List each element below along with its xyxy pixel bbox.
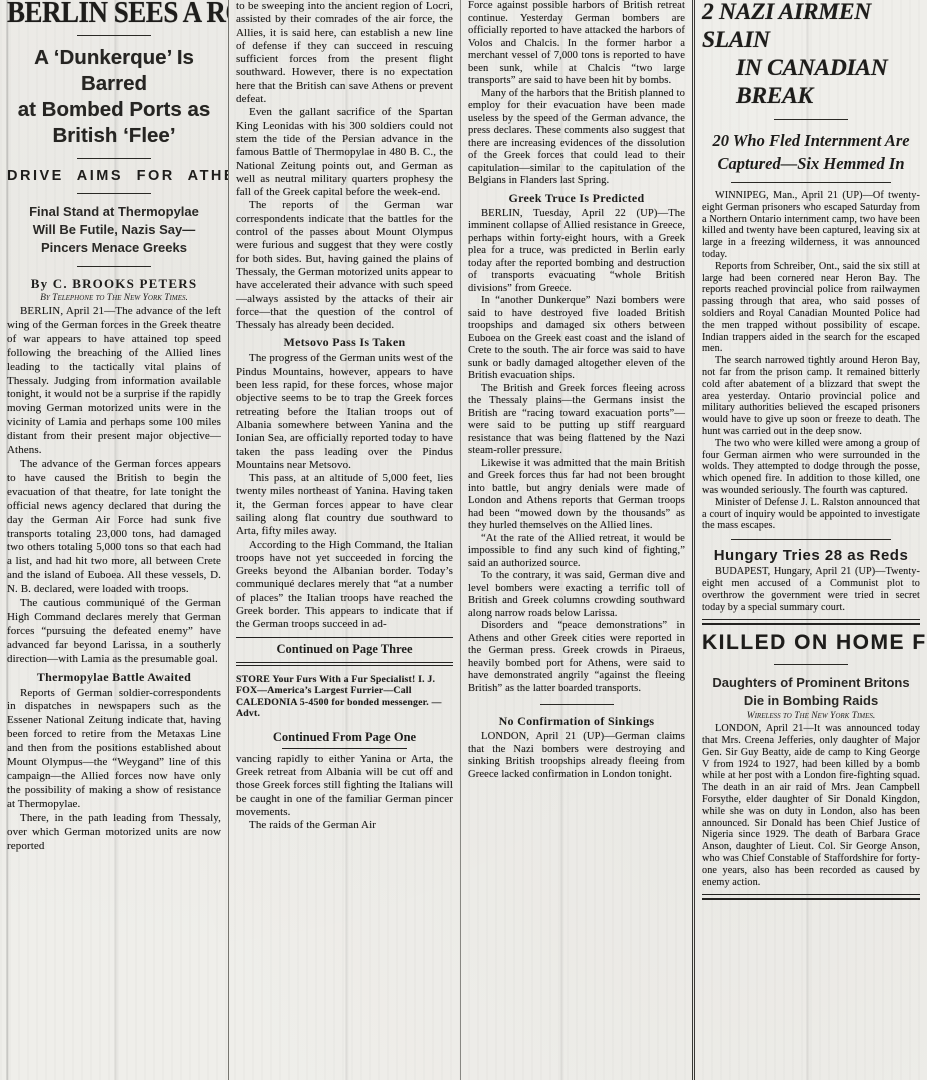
divider-rule bbox=[77, 35, 151, 36]
body-paragraph: The raids of the German Air bbox=[236, 819, 453, 832]
body-paragraph: There, in the path leading from Thessaly… bbox=[7, 812, 221, 854]
text-line: at Bombed Ports as bbox=[7, 97, 221, 123]
classified-ad: STORE Your Furs With a Fur Specialist! I… bbox=[236, 674, 453, 720]
story-headline: 2 NAZI AIRMEN SLAININ CANADIAN BREAK bbox=[702, 0, 920, 110]
body-paragraph: Reports from Schreiber, Ont., said the s… bbox=[702, 261, 920, 355]
body-paragraph: This pass, at an altitude of 5,000 feet,… bbox=[236, 472, 453, 538]
body-paragraph: BUDAPEST, Hungary, April 21 (UP)—Twenty-… bbox=[702, 566, 920, 613]
text-line: Captured—Six Hemmed In bbox=[702, 152, 920, 175]
double-divider-rule bbox=[702, 619, 920, 625]
body-paragraph: WINNIPEG, Man., April 21 (UP)—Of twenty-… bbox=[702, 190, 920, 261]
body-paragraph: The progress of the German units west of… bbox=[236, 352, 453, 472]
body-paragraph: The cautious communiqué of the German Hi… bbox=[7, 597, 221, 667]
story-headline: KILLED ON HOME FRONT bbox=[702, 631, 920, 655]
section-subhead: Metsovo Pass Is Taken bbox=[236, 335, 453, 350]
byline: By C. BROOKS PETERS bbox=[7, 276, 221, 292]
body-paragraph: Disorders and “peace demonstrations” in … bbox=[468, 620, 685, 695]
column-1-berlin-sees-a-rout: BERLIN SEES A ROUTA ‘Dunkerque’ Is Barre… bbox=[0, 0, 228, 1080]
deck-subheadline: A ‘Dunkerque’ Is Barredat Bombed Ports a… bbox=[7, 45, 221, 149]
divider-rule bbox=[77, 158, 151, 159]
divider-rule bbox=[731, 539, 891, 540]
continued-on-notice: Continued on Page Three bbox=[236, 637, 453, 666]
text-line: Pincers Menace Greeks bbox=[7, 239, 221, 257]
body-paragraph: To the contrary, it was said, German div… bbox=[468, 570, 685, 620]
body-paragraph: The advance of the German forces appears… bbox=[7, 458, 221, 597]
wire-credit-line: Wireless to The New York Times. bbox=[702, 711, 920, 721]
column-4-nazi-airmen-story: 2 NAZI AIRMEN SLAININ CANADIAN BREAK20 W… bbox=[692, 0, 927, 1080]
text-line: Die in Bombing Raids bbox=[702, 692, 920, 710]
divider-rule bbox=[774, 119, 848, 120]
deck-subheadline: Final Stand at ThermopylaeWill Be Futile… bbox=[7, 203, 221, 257]
body-paragraph: The search narrowed tightly around Heron… bbox=[702, 355, 920, 438]
body-paragraph-continued: to be sweeping into the ancient region o… bbox=[236, 0, 453, 106]
text-line: Daughters of Prominent Britons bbox=[702, 674, 920, 692]
body-paragraph: Minister of Defense J. L. Ralston announ… bbox=[702, 497, 920, 532]
text-line: IN CANADIAN BREAK bbox=[702, 54, 920, 110]
section-subhead: Greek Truce Is Predicted bbox=[468, 191, 685, 206]
text-line: A ‘Dunkerque’ Is Barred bbox=[7, 45, 221, 97]
wire-credit-line: By Telephone to The New York Times. bbox=[7, 293, 221, 303]
body-paragraph: Many of the harbors that the British pla… bbox=[468, 88, 685, 188]
body-paragraph: The reports of the German war correspond… bbox=[236, 199, 453, 332]
divider-rule bbox=[77, 193, 151, 194]
column-3-article-continuation: Force against possible harbors of Britis… bbox=[460, 0, 692, 1080]
divider-rule bbox=[774, 664, 848, 665]
divider-rule bbox=[540, 704, 614, 705]
text-line: Final Stand at Thermopylae bbox=[7, 203, 221, 221]
body-paragraph: LONDON, April 21 (UP)—German claims that… bbox=[468, 731, 685, 781]
deck-subheadline: 20 Who Fled Internment AreCaptured—Six H… bbox=[702, 129, 920, 175]
section-subhead: Hungary Tries 28 as Reds bbox=[702, 547, 920, 564]
body-paragraph: The British and Greek forces fleeing acr… bbox=[468, 383, 685, 458]
body-paragraph: In “another Dunkerque” Nazi bombers were… bbox=[468, 295, 685, 383]
main-headline: BERLIN SEES A ROUT bbox=[7, 0, 221, 30]
newspaper-page-scan: BERLIN SEES A ROUTA ‘Dunkerque’ Is Barre… bbox=[0, 0, 927, 1080]
double-divider-rule bbox=[702, 894, 920, 900]
section-subhead: No Confirmation of Sinkings bbox=[468, 714, 685, 729]
column-container: BERLIN SEES A ROUTA ‘Dunkerque’ Is Barre… bbox=[0, 0, 927, 1080]
divider-rule bbox=[731, 182, 891, 183]
body-paragraph: The two who were killed were among a gro… bbox=[702, 438, 920, 497]
section-subhead: Thermopylae Battle Awaited bbox=[7, 670, 221, 685]
body-paragraph: “At the rate of the Allied retreat, it w… bbox=[468, 533, 685, 571]
text-line: 2 NAZI AIRMEN SLAIN bbox=[702, 0, 920, 54]
body-paragraph: LONDON, April 21—It was announced today … bbox=[702, 723, 920, 888]
column-2-article-continuation: to be sweeping into the ancient region o… bbox=[228, 0, 460, 1080]
body-paragraph-continued: vancing rapidly to either Yanina or Arta… bbox=[236, 753, 453, 819]
text-line: 20 Who Fled Internment Are bbox=[702, 129, 920, 152]
crosshead: DRIVE AIMS FOR ATHENS bbox=[7, 168, 221, 184]
body-paragraph: According to the High Command, the Itali… bbox=[236, 539, 453, 632]
body-paragraph: BERLIN, April 21—The advance of the left… bbox=[7, 305, 221, 458]
body-paragraph: Likewise it was admitted that the main B… bbox=[468, 458, 685, 533]
continued-from-notice: Continued From Page One bbox=[236, 730, 453, 749]
text-line: British ‘Flee’ bbox=[7, 123, 221, 149]
body-paragraph-continued: Force against possible harbors of Britis… bbox=[468, 0, 685, 88]
body-paragraph: Even the gallant sacrifice of the Sparta… bbox=[236, 106, 453, 199]
text-line: Will Be Futile, Nazis Say— bbox=[7, 221, 221, 239]
deck-subheadline: Daughters of Prominent BritonsDie in Bom… bbox=[702, 674, 920, 710]
body-paragraph: BERLIN, Tuesday, April 22 (UP)—The immin… bbox=[468, 208, 685, 296]
divider-rule bbox=[77, 266, 151, 267]
body-paragraph: Reports of German soldier-correspondents… bbox=[7, 687, 221, 812]
